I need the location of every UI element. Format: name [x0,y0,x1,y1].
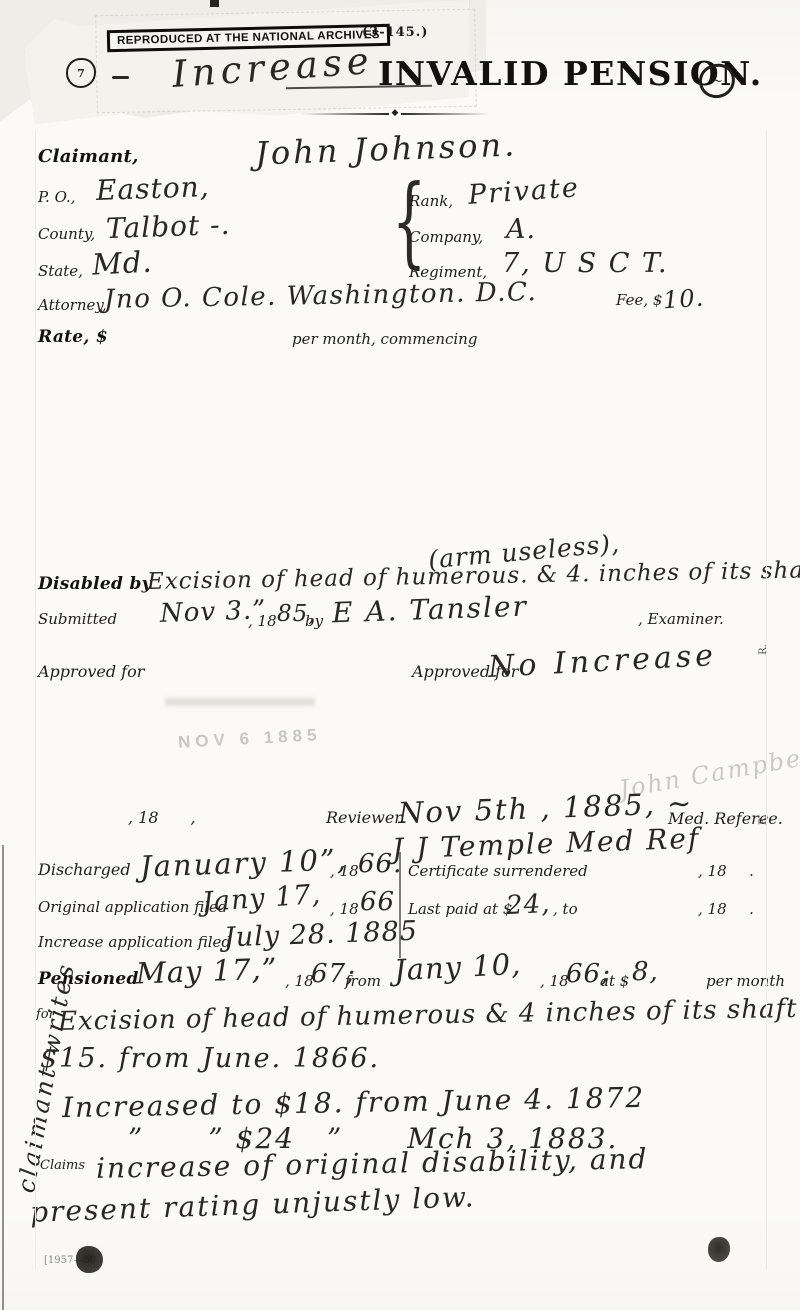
rank-value: Private [467,172,581,211]
increase-application-date: July 28. 1885 [224,916,419,954]
edge-mark-top: R. [758,644,769,655]
increase-application-label: Increase application filed [38,933,231,951]
original-application-label: Original application filed [38,898,228,916]
pensioned-date2: Jany 10, [393,947,522,988]
fee-label: Fee, $ [616,291,662,309]
top-edge-tick [210,0,219,7]
rank-label: Rank, [409,192,453,210]
form-number: (3-145.) [362,25,428,40]
edge-mark-bottom: R. [758,814,769,825]
divider-line-right [401,113,490,115]
reviewer-label: Reviewer. [326,808,405,827]
pensioned-amount: 8, [632,957,659,987]
page-guide-line-left [35,130,36,1270]
divider-diamond: ◆ [392,109,399,118]
original-application-year-prefix: , 18 [330,900,359,918]
for-line2: $15. from June. 1866. [40,1043,380,1074]
county-value: Talbot -. [105,208,231,245]
company-value: A. [506,214,536,245]
footer-ink-blob [76,1246,103,1273]
po-label: P. O., [38,188,76,206]
examiner-signature: E A. Tansler [331,590,528,630]
per-month-label: per month [706,972,785,990]
state-label: State, [38,262,83,280]
pensioned-year2-prefix: , 18 [540,972,569,990]
claimant-name-handwriting: John Johnson. [254,125,517,172]
certificate-year-blank: , 18 . [698,862,754,880]
claims-line2: present rating unjustly low. [30,1180,476,1229]
reviewer-blank-year: , 18 , [128,808,196,827]
stamp-smudge [165,698,315,706]
discharged-year-prefix: , 18 [330,862,359,880]
original-application-year: 66 [360,887,395,917]
submitted-label: Submitted [38,610,117,628]
last-paid-label: Last paid at $ [408,900,512,918]
increase-line1: Increased to $18. from June 4. 1872 [62,1081,646,1124]
state-value: Md. [91,244,153,281]
military-brace: { [392,166,426,279]
examiner-label: , Examiner. [638,610,724,628]
regiment-value: 7, U S C T. [502,248,669,279]
page-guide-line-right [766,130,767,1270]
right-ink-blob [708,1237,730,1262]
attorney-value: Jno O. Cole. Washington. D.C. [104,277,538,315]
pensioned-year1-prefix: , 18 [285,972,314,990]
last-paid-to-label: , to [553,900,578,918]
pensioned-date1: May 17,” [135,952,278,991]
discharged-date: January 10”, [139,842,348,883]
stamp-swirl: ~ [711,73,723,89]
discharged-label: Discharged [38,860,131,879]
original-application-date: Jany 17, [201,879,322,918]
discharged-year: 66. [358,849,402,879]
approved-for-decision: No Increase [487,638,717,685]
pension-form-scan: REPRODUCED AT THE NATIONAL ARCHIVES (3-1… [0,0,800,1310]
pensioned-at-label: at $ [600,972,629,990]
submitted-year-prefix: , 18 [248,612,277,630]
rate-suffix: per month, commencing [292,330,477,348]
pen-dash [112,76,129,79]
approved-for-left-label: Approved for [38,662,144,681]
disabled-by-label: Disabled by [38,574,152,594]
for-line1: Excision of head of humerous & 4 inches … [58,993,800,1037]
fee-value: 10. [662,284,705,315]
po-value: Easton, [95,170,210,207]
last-paid-year-blank: , 18 . [698,900,754,918]
ornament-divider: ◆ [300,109,490,118]
rate-label: Rate, $ [38,327,108,347]
attorney-label: Attorney, [38,296,107,314]
claims-label: Claims [40,1158,85,1173]
claimant-label: Claimant, [38,146,139,167]
county-label: County, [38,225,95,243]
last-paid-amount: 24, [505,889,551,921]
submitted-by-label: by [305,612,323,630]
divider-line-left [300,113,389,115]
certificate-surrendered-label: Certificate surrendered [408,862,588,880]
corner-stamp-number: 7 [77,67,85,80]
date-received-stamp: NOV 6 1885 [178,725,322,752]
scan-left-edge [2,845,4,1310]
disabled-by-value: Excision of head of humerous. & 4. inche… [147,557,800,595]
company-label: Company, [409,228,483,246]
pensioned-from-label: from [345,972,381,990]
